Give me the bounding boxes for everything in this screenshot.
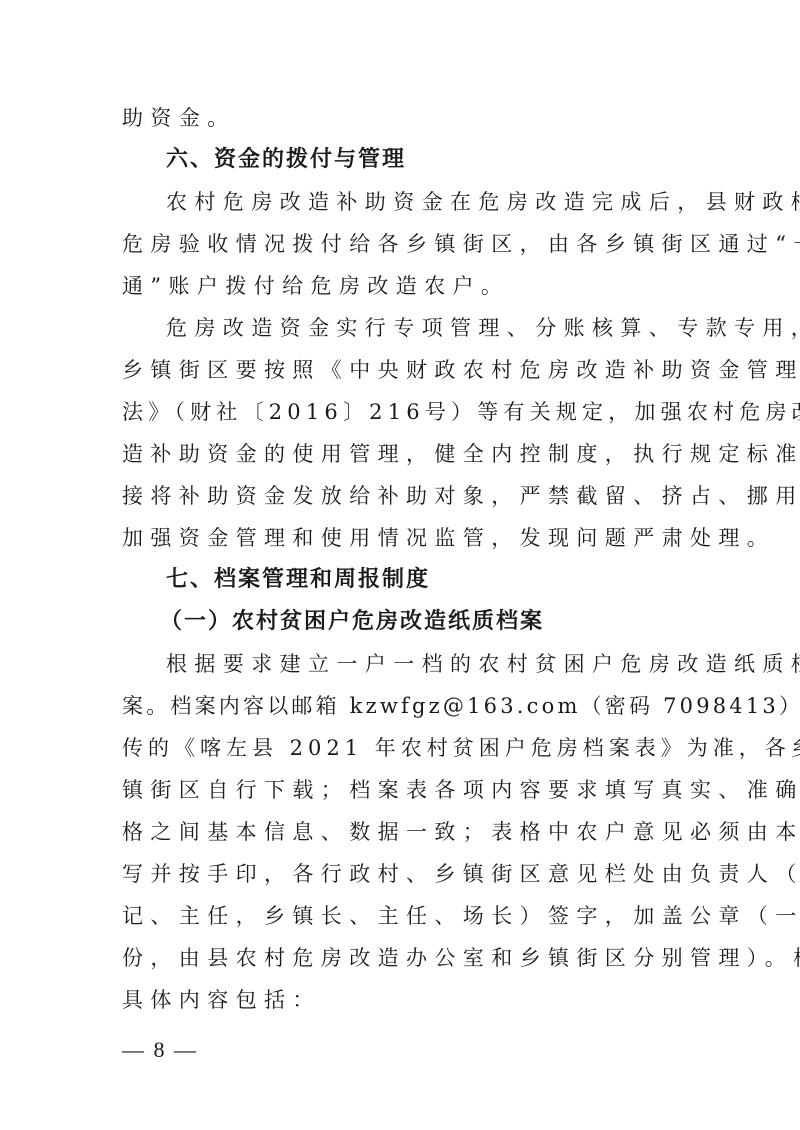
paragraph-line: 具体内容包括： [122,979,682,1021]
paragraph-line: 根据要求建立一户一档的农村贫困户危房改造纸质档 [166,643,726,685]
paragraph-line: 格之间基本信息、数据一致；表格中农户意见必须由本人填 [122,811,682,853]
section-heading-7: 七、档案管理和周报制度 [166,559,726,601]
paragraph-line: 镇街区自行下载；档案表各项内容要求填写真实、准确，表 [122,769,682,811]
paragraph-line: 农村危房改造补助资金在危房改造完成后，县财政根据 [166,181,726,223]
paragraph-line: 记、主任，乡镇长、主任、场长）签字，加盖公章（一式二 [122,895,682,937]
section-heading-6: 六、资金的拨付与管理 [166,139,726,181]
paragraph-line: 写并按手印，各行政村、乡镇街区意见栏处由负责人（村书 [122,853,682,895]
paragraph-line: 乡镇街区要按照《中央财政农村危房改造补助资金管理办 [122,349,682,391]
paragraph-line: 案。档案内容以邮箱 kzwfgz@163.com（密码 7098413）中上 [122,685,682,727]
subsection-heading-1: （一）农村贫困户危房改造纸质档案 [160,601,720,643]
paragraph-line: 法》（财社〔2016〕216号）等有关规定，加强农村危房改 [122,391,682,433]
paragraph-line: 危房验收情况拨付给各乡镇街区，由各乡镇街区通过“一卡 [122,223,682,265]
document-page: 助资金。 六、资金的拨付与管理 农村危房改造补助资金在危房改造完成后，县财政根据… [0,0,800,1130]
page-number: — 8 — [122,1030,198,1070]
paragraph-line: 传的《喀左县 2021 年农村贫困户危房档案表》为准，各乡 [122,727,682,769]
paragraph-line: 加强资金管理和使用情况监管，发现问题严肃处理。 [122,517,682,559]
paragraph-line: 危房改造资金实行专项管理、分账核算、专款专用，各 [166,307,726,349]
paragraph-line: 接将补助资金发放给补助对象，严禁截留、挤占、挪用。要 [122,475,682,517]
paragraph-line: 通”账户拨付给危房改造农户。 [122,265,682,307]
paragraph-line: 造补助资金的使用管理，健全内控制度，执行规定标准，直 [122,433,682,475]
body-text-line: 助资金。 [122,97,682,139]
paragraph-line: 份，由县农村危房改造办公室和乡镇街区分别管理）。档案 [122,937,682,979]
